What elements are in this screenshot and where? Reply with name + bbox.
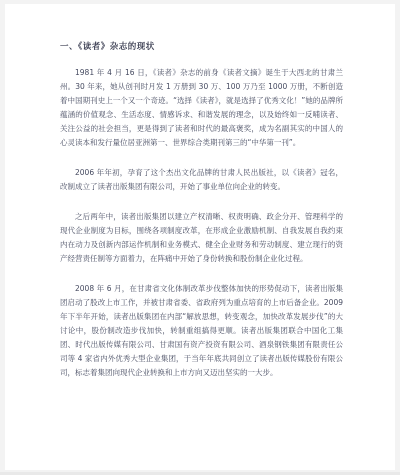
document-page: 一、《读者》杂志的现状 1981 年 4 月 16 日，《读者》杂志的前身《读者… — [5, 4, 395, 470]
paragraph-4: 2008 年 6 月，在甘肃省文化体制改革步伐整体加快的形势促动下，读者出版集团… — [60, 282, 343, 380]
paragraph-3: 之后两年中，读者出版集团以建立产权清晰、权责明确、政企分开、管理科学的现代企业制… — [60, 210, 343, 266]
paragraph-1: 1981 年 4 月 16 日，《读者》杂志的前身《读者文摘》诞生于大西北的甘肃… — [60, 66, 343, 150]
paragraph-2: 2006 年年初，孕育了这个杰出文化品牌的甘肃人民出版社，以《读者》冠名，改制成… — [60, 166, 343, 194]
section-heading: 一、《读者》杂志的现状 — [60, 40, 343, 52]
